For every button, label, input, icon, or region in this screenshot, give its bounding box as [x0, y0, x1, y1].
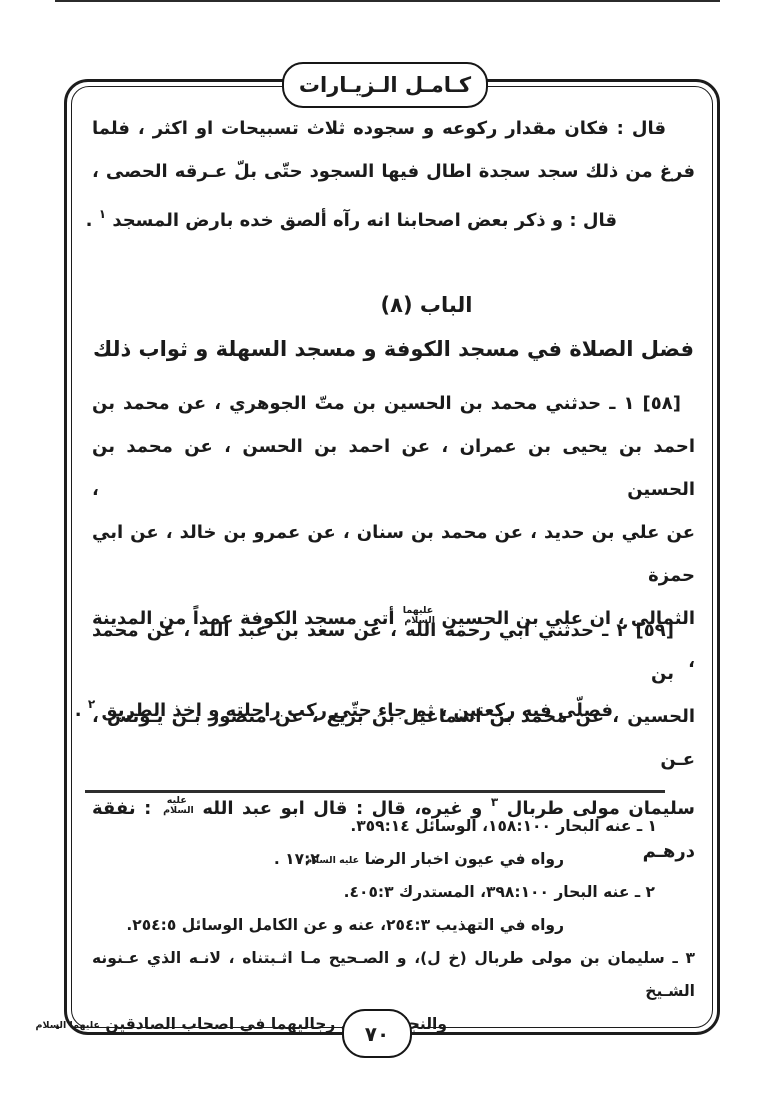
text-line: عن علي بن حديد ، عن محمد بن سنان ، عن عم… [92, 511, 695, 597]
footnote-ref: ١ [99, 207, 106, 221]
text-line: ٢ ـ عنه البحار ٣٩٨:١٠٠، المستدرك ٤٠٥:٣. [92, 876, 695, 909]
text-segment: [٥٨] ١ ـ حدثني محمد بن الحسين بن متّ الج… [92, 393, 681, 414]
text-segment: فرغ من ذلك سجد سجدة اطال فيها السجود حتّ… [92, 161, 695, 182]
text-segment: عن علي بن حديد ، عن محمد بن سنان ، عن عم… [92, 522, 695, 586]
text-line: ٣ ـ سليمان بن مولى طربال (خ ل)، و الصـحي… [92, 942, 695, 1008]
text-line: ١ ـ عنه البحار ١٥٨:١٠٠، الوسائل ٣٥٩:١٤. [92, 810, 695, 843]
text-line: احمد بن يحيى بن عمران ، عن احمد بن الحسن… [92, 425, 695, 511]
honorific-symbol: عليهما السلام [66, 1021, 100, 1031]
text-line: [٥٩] ٢ ـ حدثني ابي رحمه الله ، عن سعد بن… [92, 609, 695, 695]
page-number-badge: ٧٠ [342, 1009, 412, 1058]
text-segment: . [86, 210, 99, 231]
text-segment: [٥٩] ٢ ـ حدثني ابي رحمه الله ، عن سعد بن… [92, 620, 674, 684]
text-line: رواه في عيون اخبار الرضا عليه السلام ١٧:… [92, 843, 695, 876]
text-segment: ١ ـ عنه البحار ١٥٨:١٠٠، الوسائل ٣٥٩:١٤. [350, 817, 657, 835]
text-line: رواه في التهذيب ٢٥٤:٣، عنه و عن الكامل ا… [92, 909, 695, 942]
text-line: قال : فكان مقدار ركوعه و سجوده ثلاث تسبي… [92, 107, 695, 150]
text-line: الحسين ، عن محمد بن اسماعيل بن بزيع ، عن… [92, 695, 695, 781]
chapter-title: فضل الصلاة في مسجد الكوفة و مسجد السهلة … [92, 330, 695, 368]
text-segment: قال : و ذكر بعض اصحابنا انه رآه ألصق خده… [106, 210, 617, 231]
text-line: فرغ من ذلك سجد سجدة اطال فيها السجود حتّ… [92, 150, 695, 193]
text-line: [٥٨] ١ ـ حدثني محمد بن الحسين بن متّ الج… [92, 382, 695, 425]
text-segment: ٣ ـ سليمان بن مولى طربال (خ ل)، و الصـحي… [92, 949, 695, 1000]
text-segment: قال : فكان مقدار ركوعه و سجوده ثلاث تسبي… [92, 118, 666, 139]
intro-paragraph: قال : فكان مقدار ركوعه و سجوده ثلاث تسبي… [92, 107, 695, 242]
scan-artifact-line [55, 0, 720, 2]
text-segment: الحسين ، عن محمد بن اسماعيل بن بزيع ، عن… [92, 706, 695, 770]
book-title: كـامـل الـزيـارات [299, 73, 471, 97]
text-segment: احمد بن يحيى بن عمران ، عن احمد بن الحسن… [92, 436, 695, 500]
page-number: ٧٠ [365, 1022, 389, 1046]
text-segment: . [75, 700, 88, 721]
text-segment: رواه في التهذيب ٢٥٤:٣، عنه و عن الكامل ا… [126, 916, 564, 934]
text-segment: رواه في عيون اخبار الرضا [359, 850, 564, 868]
chapter-heading: الباب (٨) [92, 287, 695, 323]
footnotes-section: ١ ـ عنه البحار ١٥٨:١٠٠، الوسائل ٣٥٩:١٤.ر… [92, 810, 695, 1041]
chapter-number: الباب (٨) [381, 293, 473, 317]
book-title-cartouche: كـامـل الـزيـارات [282, 62, 488, 108]
text-segment: ٢ ـ عنه البحار ٣٩٨:١٠٠، المستدرك ٤٠٥:٣. [344, 883, 655, 901]
text-line: قال : و ذكر بعض اصحابنا انه رآه ألصق خده… [92, 193, 695, 242]
footnote-separator [85, 790, 665, 793]
honorific-symbol: عليه السلام [325, 856, 359, 866]
